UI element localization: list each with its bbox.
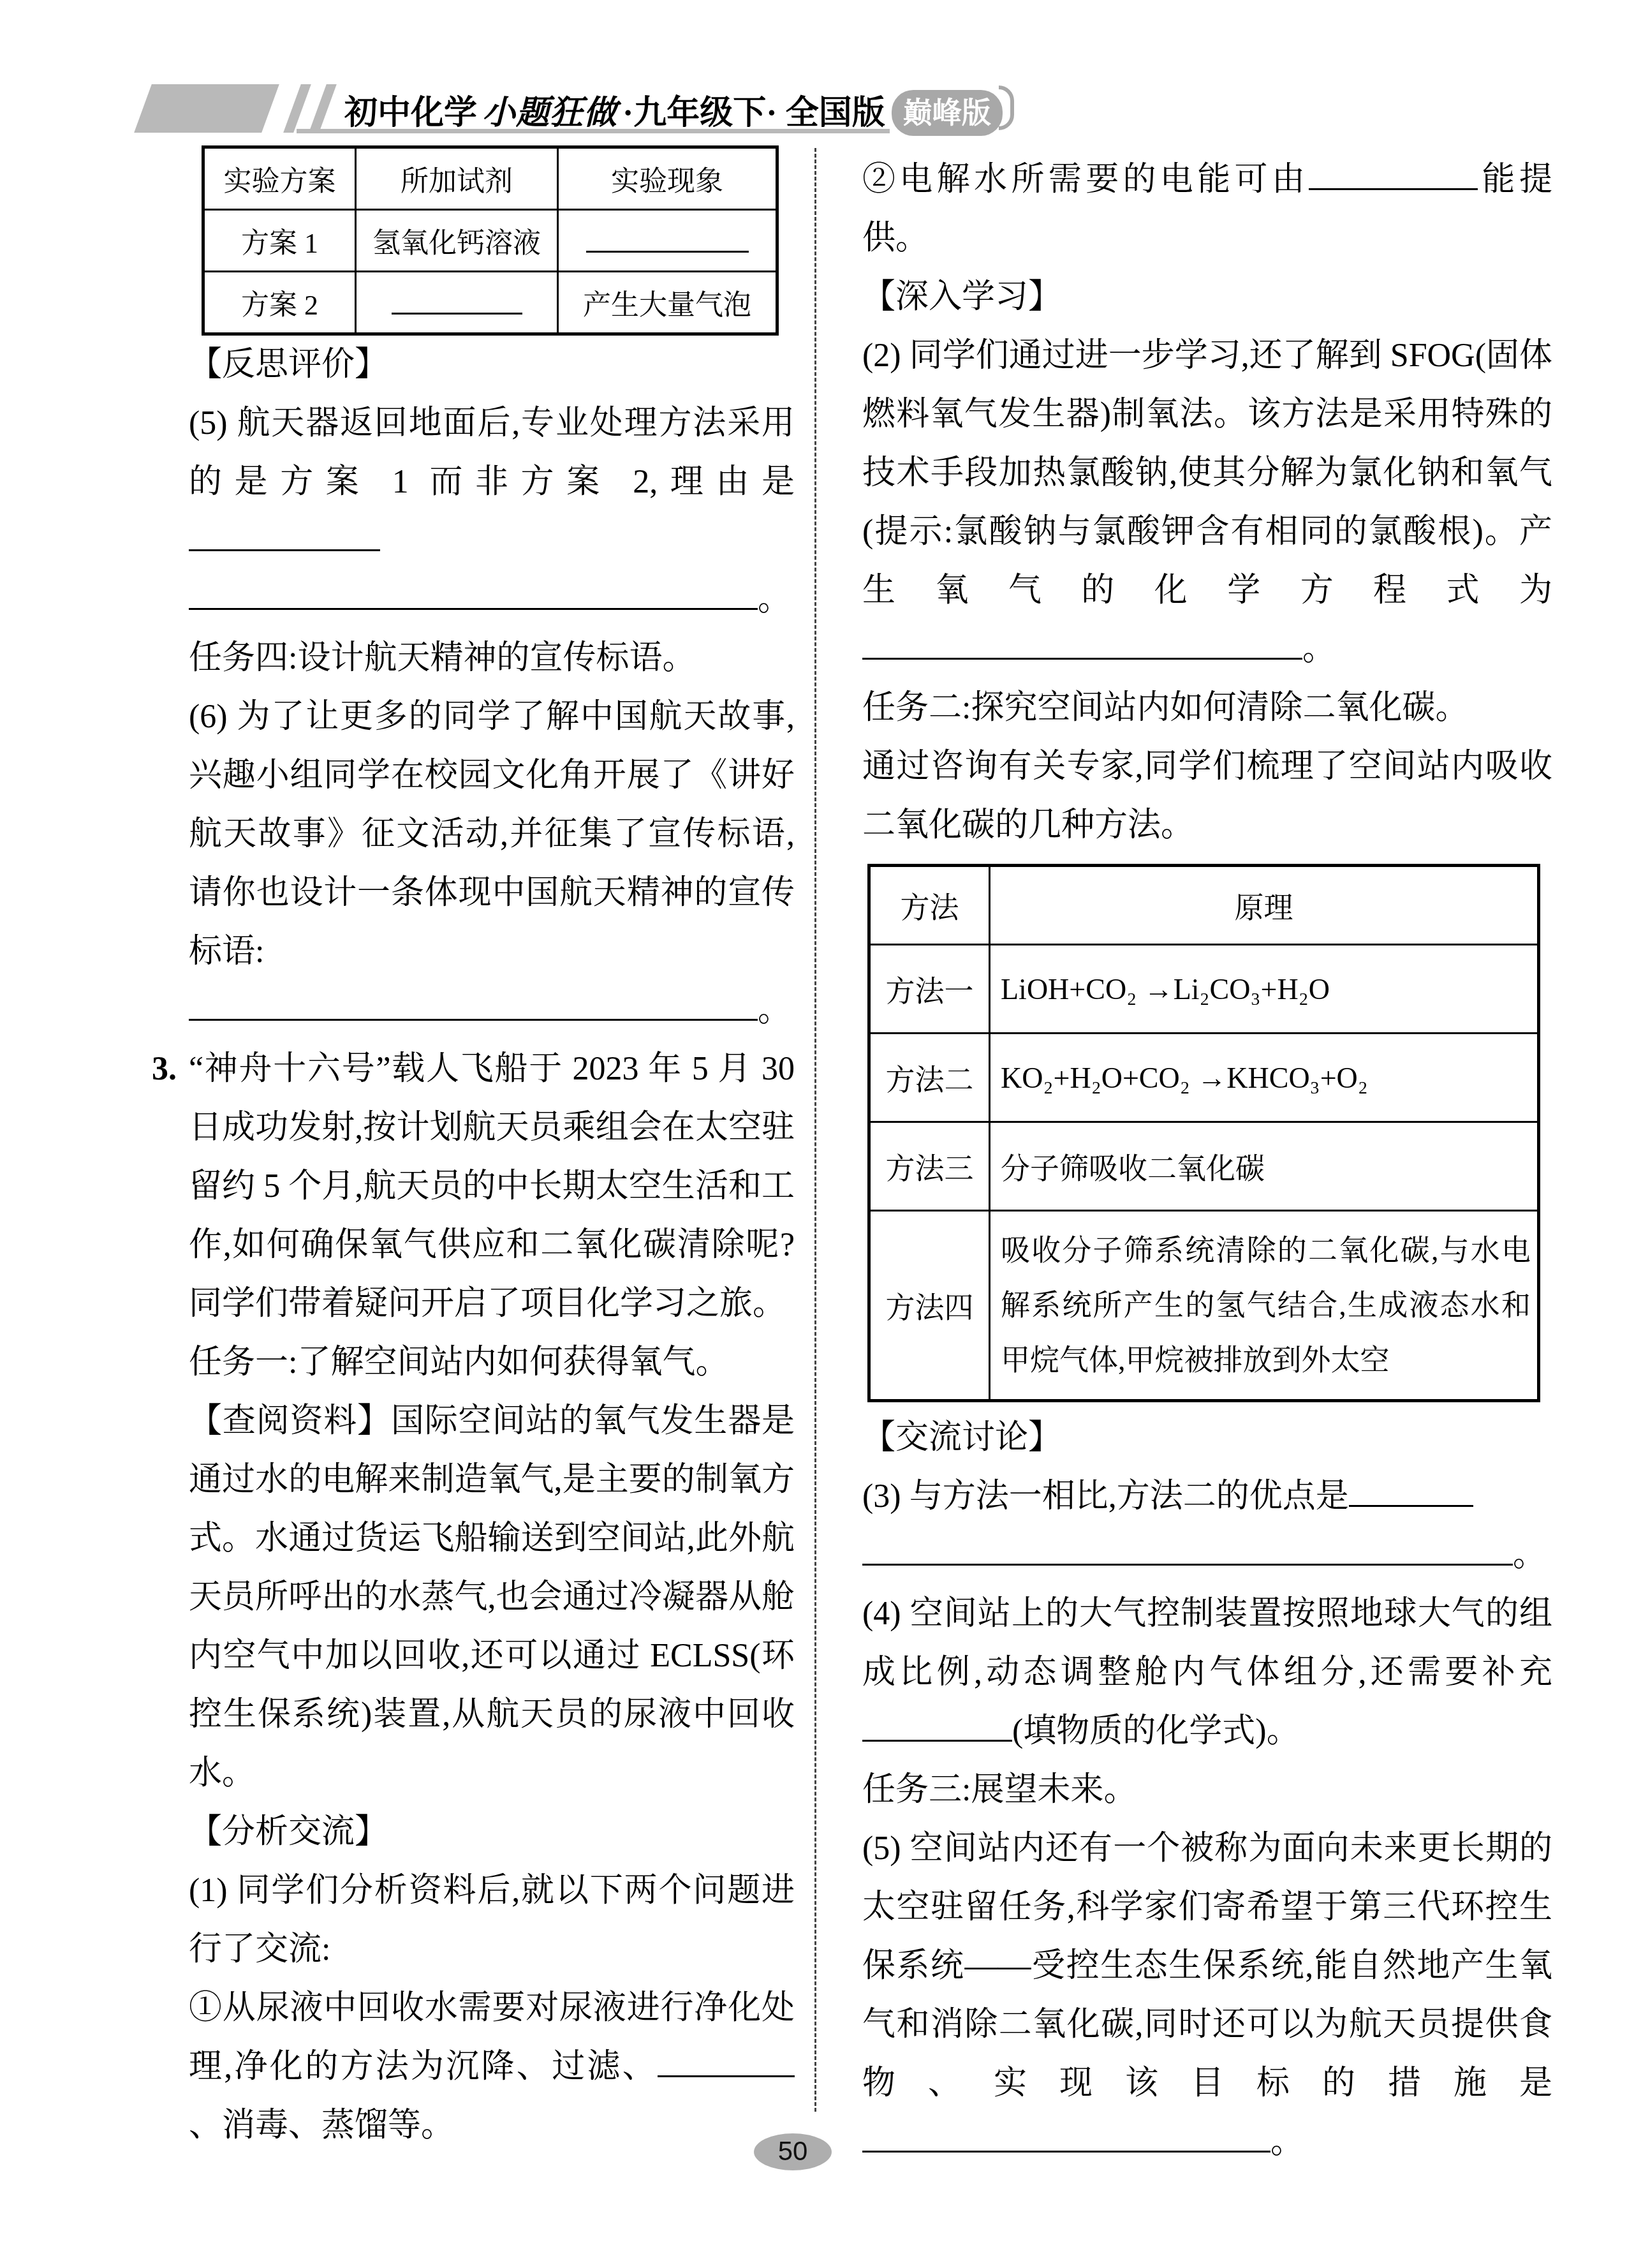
question-1: (1) 同学们分析资料后,就以下两个问题进行了交流:	[189, 1862, 795, 1979]
question-3: (3) 与方法一相比,方法二的优点是	[862, 1467, 1552, 1526]
method-3-label: 方法三	[869, 1122, 990, 1211]
task-3-heading: 任务三:展望未来。	[862, 1761, 1552, 1820]
question-2-text: (2) 同学们通过进一步学习,还了解到 SFOG(固体燃料氧气发生器)制氧法。该…	[862, 337, 1552, 609]
question-6: (6) 为了让更多的同学了解中国航天故事,兴趣小组同学在校园文化角开展了《讲好航…	[189, 688, 795, 981]
header-reagent-added: 所加试剂	[356, 147, 558, 210]
table-header-row: 实验方案 所加试剂 实验现象	[203, 147, 777, 210]
question-3-answer-line: 。	[862, 1526, 1552, 1585]
edition-badge: 巅峰版	[892, 90, 1003, 136]
problem-3: 3. “神舟十六号”载人飞船于 2023 年 5 月 30 日成功发射,按计划航…	[189, 1040, 795, 1333]
question-3-text: (3) 与方法一相比,方法二的优点是	[862, 1478, 1349, 1515]
section-reflect-evaluate: 【反思评价】	[189, 336, 795, 394]
problem-3-text: “神舟十六号”载人飞船于 2023 年 5 月 30 日成功发射,按计划航天员乘…	[189, 1051, 795, 1322]
table-row: 方法二 KO₂+H₂O+CO₂ →KHCO₃+O₂	[869, 1034, 1539, 1122]
header-experiment-plan: 实验方案	[203, 147, 356, 210]
period: 。	[758, 992, 791, 1028]
fill-in-blank	[189, 984, 758, 1021]
section-analysis-exchange: 【分析交流】	[189, 1803, 795, 1862]
fill-in-blank	[862, 1705, 1012, 1742]
fill-in-blank	[862, 1529, 1513, 1566]
sub-question-1: ①从尿液中回收水需要对尿液进行净化处理,净化的方法为沉降、过滤、、消毒、蒸馏等。	[189, 1979, 795, 2155]
book-title-subject: 初中化学	[344, 95, 477, 131]
fill-in-blank	[658, 2040, 795, 2077]
banner-stripe-2	[309, 84, 337, 133]
task-2-note: 通过咨询有关专家,同学们梳理了空间站内吸收二氧化碳的几种方法。	[862, 737, 1552, 855]
question-4-tail: (填物质的化学式)。	[1012, 1713, 1300, 1749]
method-3-principle: 分子筛吸收二氧化碳	[990, 1122, 1539, 1211]
banner-parallelogram	[134, 84, 279, 133]
period: 。	[758, 581, 791, 618]
fill-in-blank	[189, 573, 758, 610]
task-1-heading: 任务一:了解空间站内如何获得氧气。	[189, 1333, 795, 1392]
method-1-label: 方法一	[869, 945, 990, 1034]
method-2-label: 方法二	[869, 1034, 990, 1122]
table-row: 方法三 分子筛吸收二氧化碳	[869, 1122, 1539, 1211]
column-divider	[814, 148, 816, 2112]
plan2-reagent-blank	[356, 272, 558, 334]
question-5-right-text: (5) 空间站内还有一个被称为面向未来更长期的太空驻留任务,科学家们寄希望于第三…	[862, 1830, 1552, 2101]
task-4-heading: 任务四:设计航天精神的宣传标语。	[189, 629, 795, 688]
page-number: 50	[778, 2136, 808, 2166]
period: 。	[1513, 1537, 1546, 1573]
method-2-principle: KO₂+H₂O+CO₂ →KHCO₃+O₂	[990, 1034, 1539, 1122]
right-column: ②电解水所需要的电能可由能提供。 【深入学习】 (2) 同学们通过进一步学习,还…	[862, 151, 1552, 2172]
reference-material: 【查阅资料】国际空间站的氧气发生器是通过水的电解来制造氧气,是主要的制氧方式。水…	[189, 1392, 795, 1803]
fill-in-blank	[1309, 153, 1478, 190]
page-number-badge: 50	[754, 2133, 832, 2170]
badge-paren-decoration	[999, 85, 1014, 130]
problem-3-number: 3.	[152, 1040, 177, 1099]
table-row: 方法一 LiOH+CO₂ →Li₂CO₃+H₂O	[869, 945, 1539, 1034]
sub-question-2: ②电解水所需要的电能可由能提供。	[862, 151, 1552, 268]
question-6-answer-line: 。	[189, 981, 795, 1040]
fill-in-blank	[862, 2116, 1270, 2153]
method-1-principle: LiOH+CO₂ →Li₂CO₃+H₂O	[990, 945, 1539, 1034]
book-title-logo: 小题狂做	[482, 95, 617, 131]
plan1-phenomenon-blank	[558, 210, 777, 272]
question-4-text: (4) 空间站上的大气控制装置按照地球大气的组成比例,动态调整舱内气体组分,还需…	[862, 1596, 1552, 1691]
fill-in-blank	[586, 221, 749, 253]
question-2: (2) 同学们通过进一步学习,还了解到 SFOG(固体燃料氧气发生器)制氧法。该…	[862, 327, 1552, 679]
sub-question-1-tail: 、消毒、蒸馏等。	[189, 2107, 454, 2144]
left-column: 实验方案 所加试剂 实验现象 方案 1 氢氧化钙溶液 方案 2 产生大量气泡 【…	[189, 145, 795, 2155]
section-deep-learning: 【深入学习】	[862, 268, 1552, 327]
banner-stripe-1	[283, 84, 311, 133]
question-5-text: (5) 航天器返回地面后,专业处理方法采用的是方案 1 而非方案 2,理由是	[189, 405, 795, 500]
page-header-banner: 初中化学小题狂做·九年级下· 全国版巅峰版	[134, 84, 893, 134]
fill-in-blank	[189, 514, 380, 551]
methods-header-row: 方法 原理	[869, 866, 1539, 945]
section-discussion: 【交流讨论】	[862, 1409, 1552, 1467]
question-5-answer-line: 。	[189, 570, 795, 629]
header-principle: 原理	[990, 866, 1539, 945]
task-2-heading: 任务二:探究空间站内如何清除二氧化碳。	[862, 679, 1552, 737]
question-5-left: (5) 航天器返回地面后,专业处理方法采用的是方案 1 而非方案 2,理由是	[189, 394, 795, 570]
header-method: 方法	[869, 866, 990, 945]
method-4-principle: 吸收分子筛系统清除的二氧化碳,与水电解系统所产生的氢气结合,生成液态水和甲烷气体…	[990, 1211, 1539, 1401]
plan1-reagent: 氢氧化钙溶液	[356, 210, 558, 272]
table-row: 方案 2 产生大量气泡	[203, 272, 777, 334]
fill-in-blank	[1349, 1470, 1473, 1507]
fill-in-blank	[392, 283, 522, 315]
fill-in-blank	[862, 623, 1302, 660]
book-title: 初中化学小题狂做·九年级下· 全国版巅峰版	[344, 85, 1014, 136]
method-4-label: 方法四	[869, 1211, 990, 1401]
table-row: 方案 1 氢氧化钙溶液	[203, 210, 777, 272]
sub-question-2-text: ②电解水所需要的电能可由	[862, 161, 1309, 198]
period: 。	[1270, 2124, 1304, 2160]
book-title-edition: ·九年级下· 全国版	[622, 95, 885, 131]
plan1-label: 方案 1	[203, 210, 356, 272]
period: 。	[1302, 631, 1336, 667]
table-row: 方法四 吸收分子筛系统清除的二氧化碳,与水电解系统所产生的氢气结合,生成液态水和…	[869, 1211, 1539, 1401]
question-4: (4) 空间站上的大气控制装置按照地球大气的组成比例,动态调整舱内气体组分,还需…	[862, 1585, 1552, 1761]
plan2-phenomenon: 产生大量气泡	[558, 272, 777, 334]
question-5-right: (5) 空间站内还有一个被称为面向未来更长期的太空驻留任务,科学家们寄希望于第三…	[862, 1820, 1552, 2172]
plan2-label: 方案 2	[203, 272, 356, 334]
experiment-table: 实验方案 所加试剂 实验现象 方案 1 氢氧化钙溶液 方案 2 产生大量气泡	[202, 145, 779, 336]
header-phenomenon: 实验现象	[558, 147, 777, 210]
co2-methods-table: 方法 原理 方法一 LiOH+CO₂ →Li₂CO₃+H₂O 方法二 KO₂+H…	[867, 864, 1540, 1402]
